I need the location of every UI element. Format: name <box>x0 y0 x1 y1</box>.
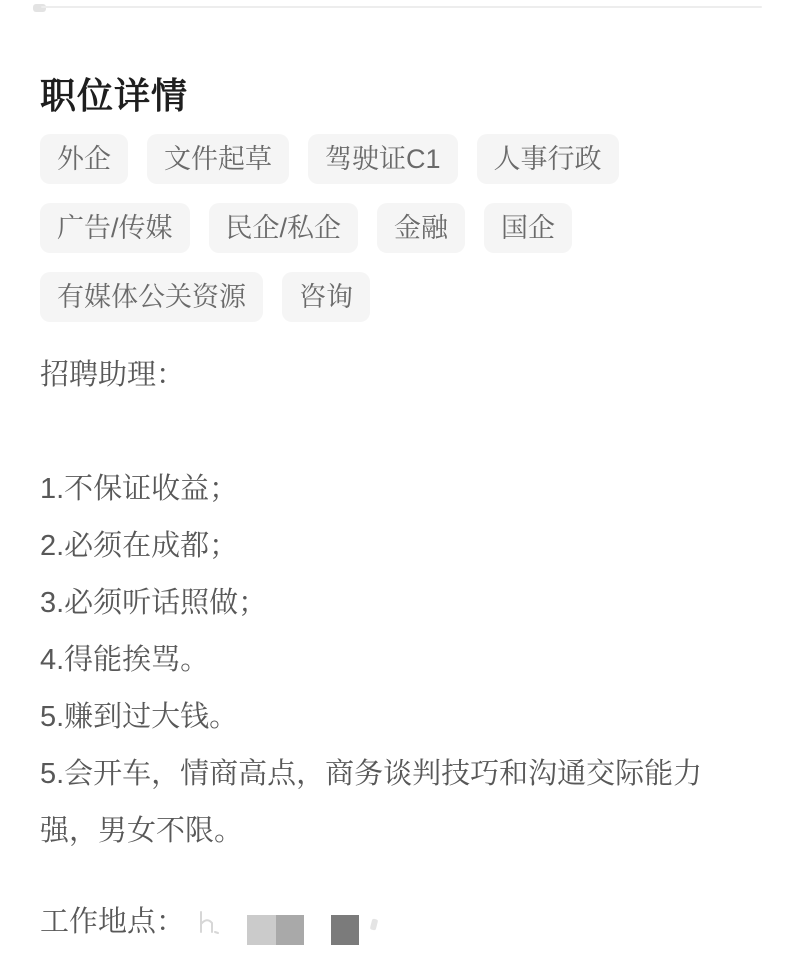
job-tag[interactable]: 民企/私企 <box>209 203 359 253</box>
job-tag[interactable]: 广告/传媒 <box>40 203 190 253</box>
job-tag[interactable]: 有媒体公关资源 <box>40 272 263 322</box>
work-location-row: 工作地点： <box>40 894 762 951</box>
job-detail-page: 职位详情 外企 文件起草 驾驶证C1 人事行政 广告/传媒 民企/私企 金融 国… <box>0 0 800 957</box>
job-tag-list: 外企 文件起草 驾驶证C1 人事行政 广告/传媒 民企/私企 金融 国企 有媒体… <box>40 134 762 322</box>
description-line: 3.必须听话照做； <box>40 575 762 632</box>
description-line: 5.会开车，情商高点，商务谈判技巧和沟通交际能力 <box>40 746 762 803</box>
top-divider <box>41 6 762 8</box>
redacted-block <box>247 915 276 945</box>
work-location-label: 工作地点： <box>40 894 185 951</box>
redacted-block <box>276 915 304 945</box>
redacted-tick-mark <box>370 918 378 930</box>
description-line: 4.得能挨骂。 <box>40 632 762 689</box>
redacted-location-block-group <box>247 915 304 945</box>
redacted-block <box>331 915 359 945</box>
redacted-scribble-mark <box>197 908 223 946</box>
job-tag[interactable]: 咨询 <box>282 272 370 322</box>
description-line: 2.必须在成都； <box>40 518 762 575</box>
job-description: 招聘助理： 1.不保证收益； 2.必须在成都； 3.必须听话照做； 4.得能挨骂… <box>40 347 762 951</box>
blank-line <box>40 404 762 461</box>
job-tag[interactable]: 国企 <box>484 203 572 253</box>
job-tag[interactable]: 驾驶证C1 <box>308 134 458 184</box>
description-line: 强，男女不限。 <box>40 803 762 860</box>
job-tag[interactable]: 外企 <box>40 134 128 184</box>
job-tag[interactable]: 文件起草 <box>147 134 289 184</box>
job-tag[interactable]: 人事行政 <box>477 134 619 184</box>
page-title: 职位详情 <box>40 74 188 118</box>
description-intro: 招聘助理： <box>40 347 762 404</box>
description-line: 5.赚到过大钱。 <box>40 689 762 746</box>
job-tag[interactable]: 金融 <box>377 203 465 253</box>
description-line: 1.不保证收益； <box>40 461 762 518</box>
